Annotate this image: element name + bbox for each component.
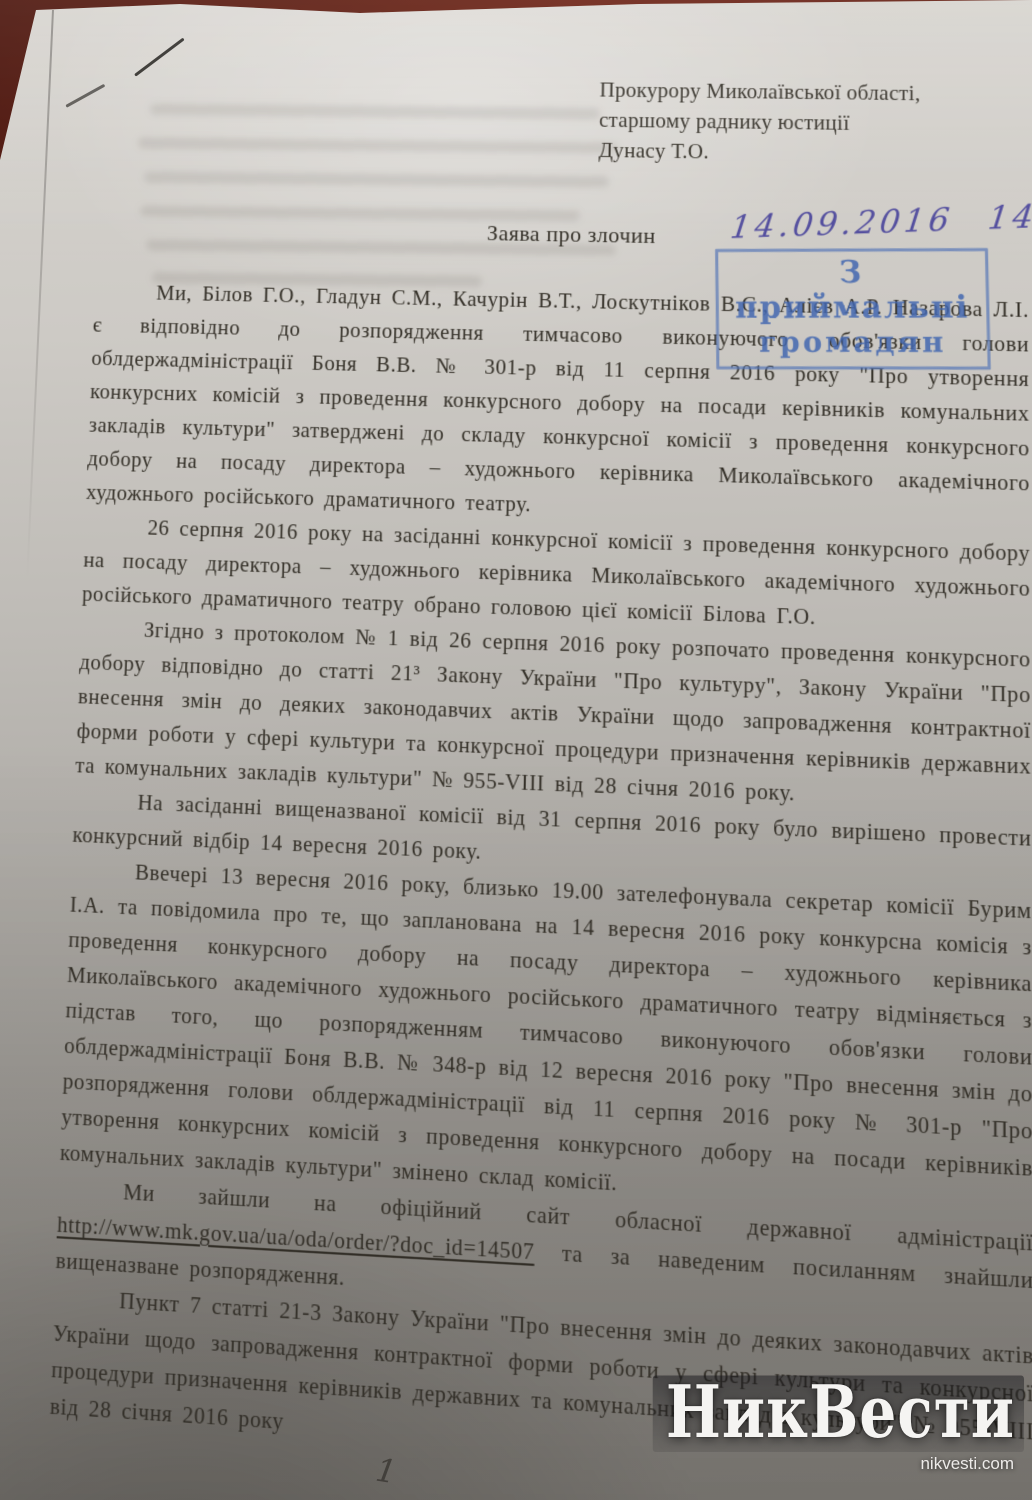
paper-sheet: Прокурору Миколаївської області, старшом… bbox=[0, 0, 1032, 1500]
reception-stamp: З приймальні громадян bbox=[715, 248, 991, 370]
watermark: НикВести nikvesti.com bbox=[629, 1386, 1024, 1474]
document-content: Прокурору Миколаївської області, старшом… bbox=[49, 69, 1032, 1489]
handwritten-time: 14 bbox=[986, 198, 1032, 237]
paragraph-5: Ввечері 13 вересня 2016 року, близько 19… bbox=[59, 852, 1032, 1224]
addressee-block: Прокурору Миколаївської області, старшом… bbox=[598, 74, 1028, 171]
handwriting-gap bbox=[952, 229, 987, 230]
photo-of-document: { "photo": { "table_color": "#6b2012", "… bbox=[0, 0, 1032, 1500]
stamp-line-1: З приймальні bbox=[724, 255, 980, 326]
watermark-logo: НикВести bbox=[652, 1375, 1024, 1452]
watermark-site: nikvesti.com bbox=[629, 1454, 1014, 1474]
addressee-line-3: Дунасу Т.О. bbox=[598, 135, 1028, 171]
document-perspective-layer: Прокурору Миколаївської області, старшом… bbox=[0, 0, 1032, 1500]
stamp-line-2: громадян bbox=[725, 326, 981, 359]
document-body: Ми, Білов Г.О., Гладун С.М., Качурін В.Т… bbox=[49, 275, 1032, 1489]
